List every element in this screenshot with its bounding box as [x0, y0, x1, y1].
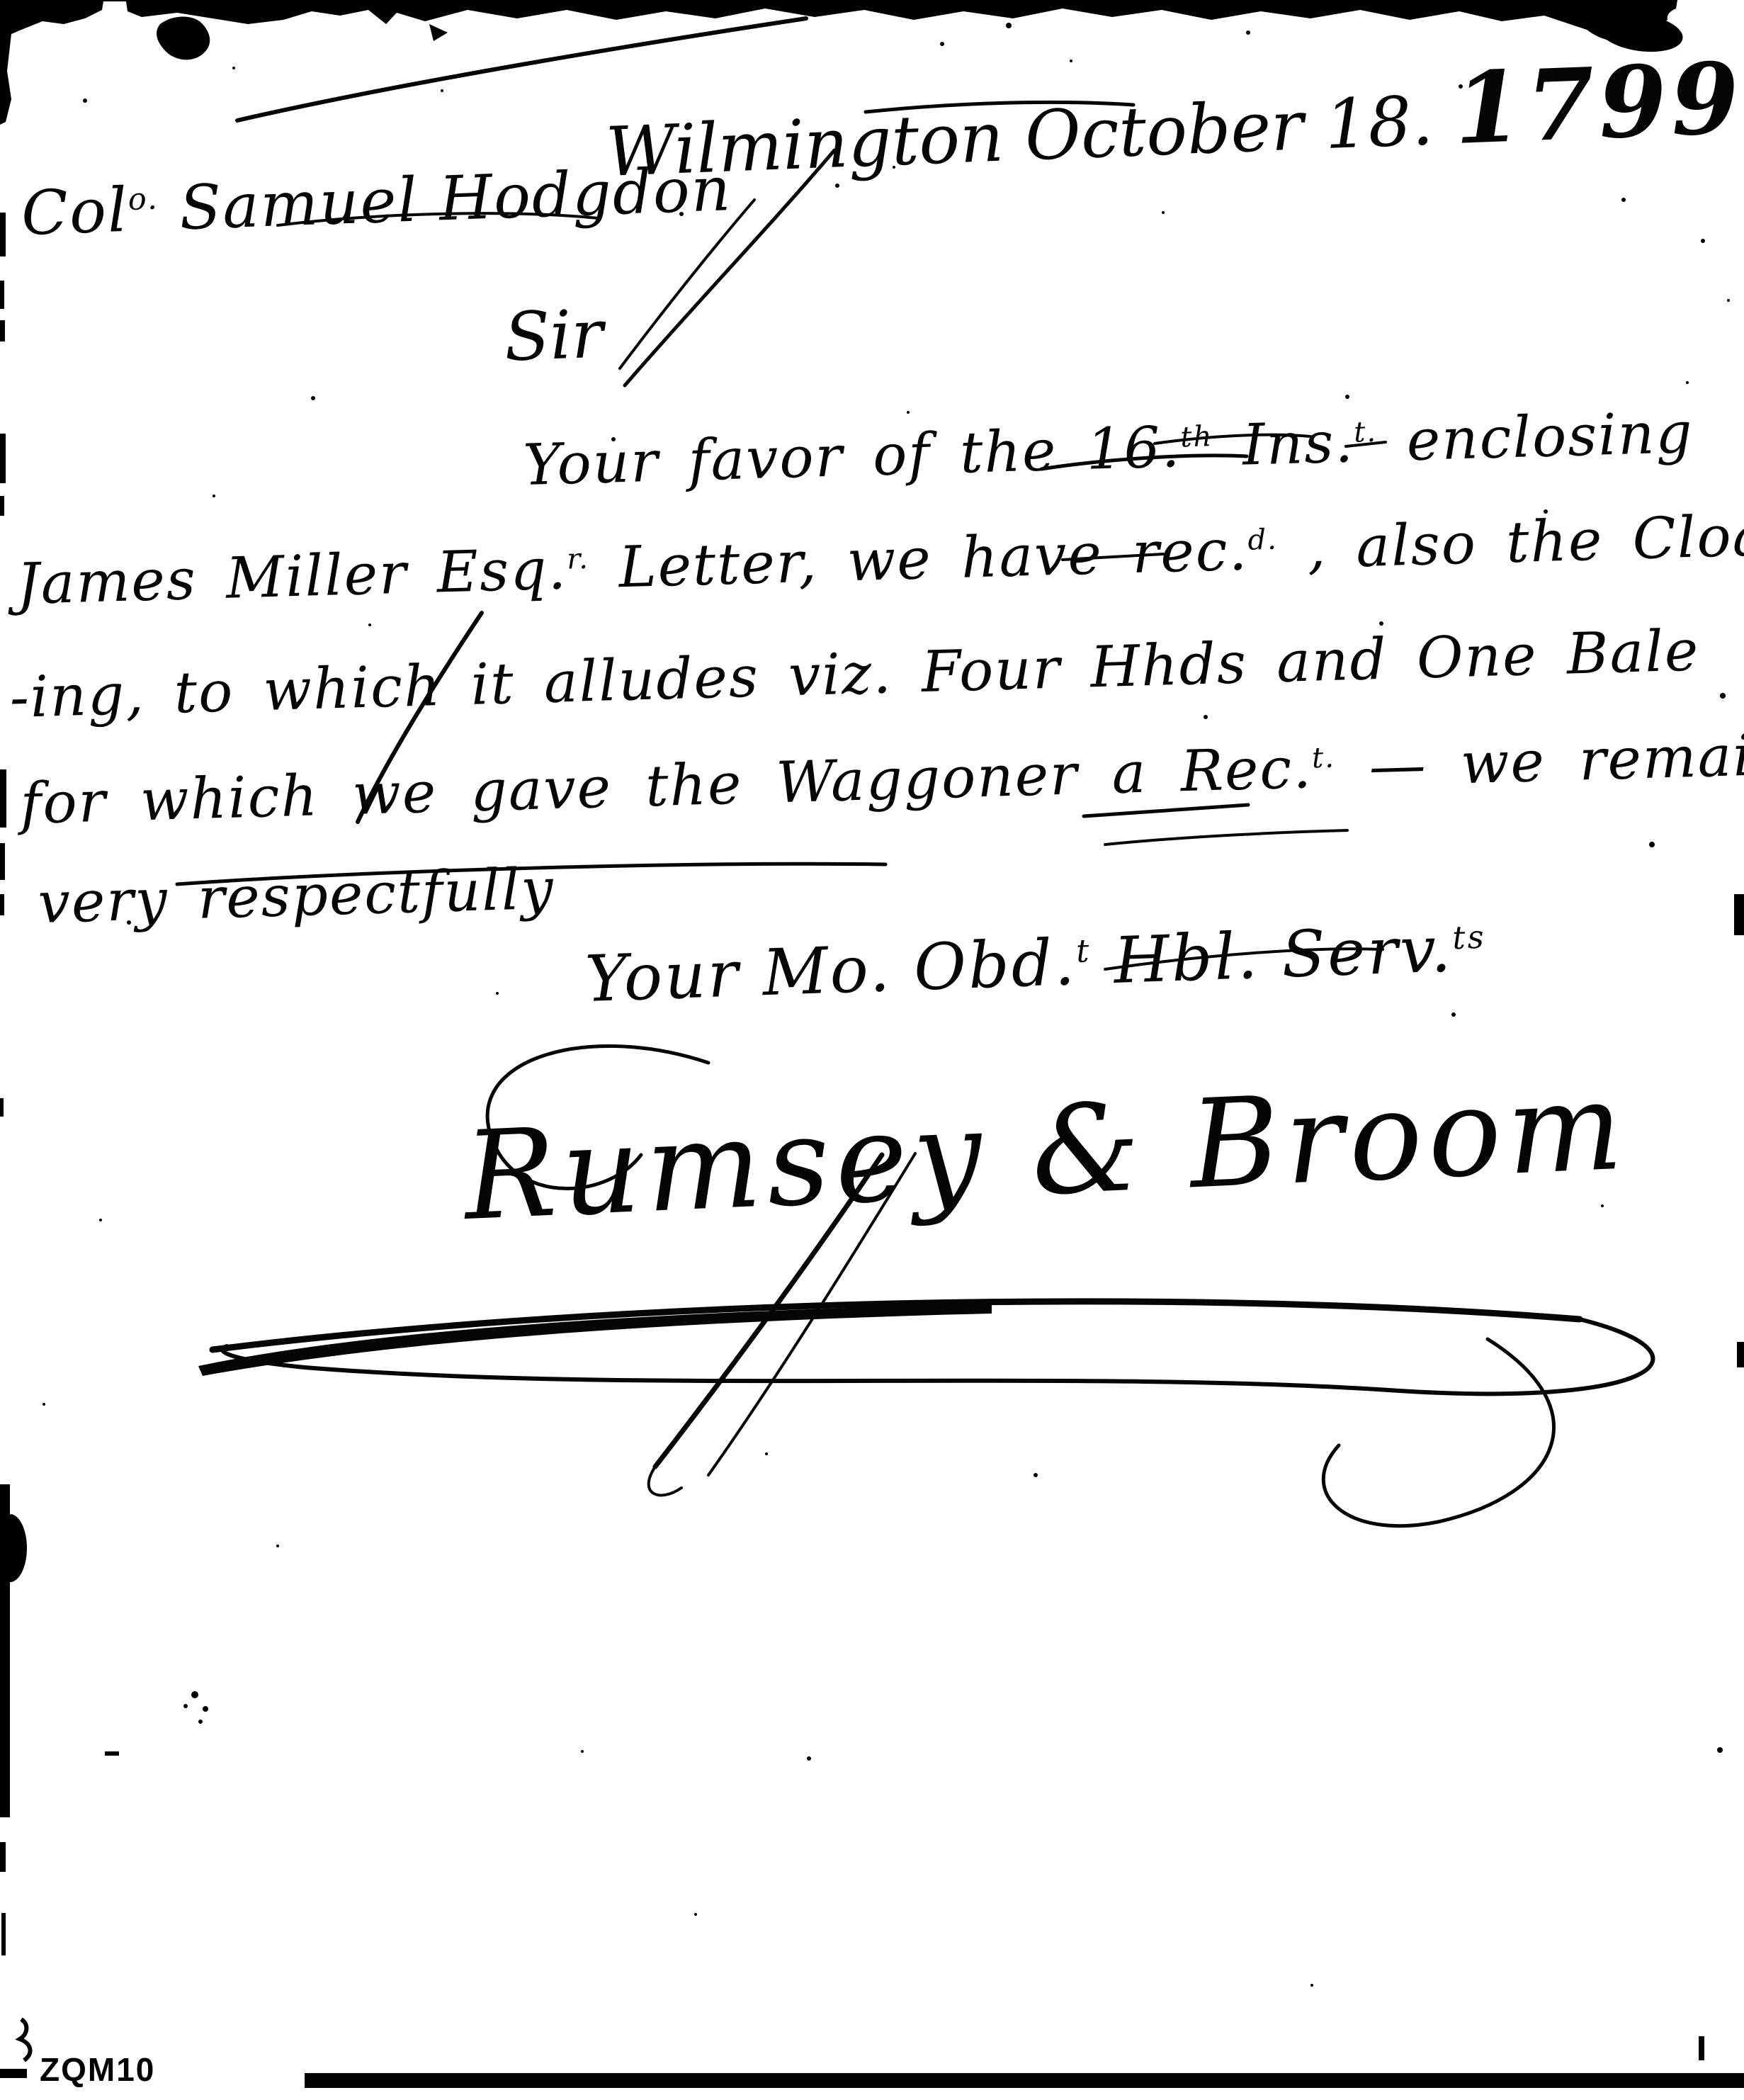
superscript-th: th [1180, 420, 1213, 453]
signature-return-loop [222, 1319, 1653, 1394]
rect-dash-2 [1105, 830, 1347, 845]
superscript-r: r. [567, 543, 590, 576]
rect-dash-1 [1084, 805, 1248, 816]
right-edge-artifacts [1701, 239, 1744, 1753]
recipient-title-superscript: o. [128, 181, 159, 218]
small-arrow-speck [429, 24, 448, 41]
superscript-t2: t. [1311, 742, 1335, 775]
recipient-title: Col [21, 175, 130, 249]
body-line-3: -ing, to which it alludes viz. Four Hhds… [9, 617, 1700, 730]
salutation: Sir [503, 296, 604, 377]
smudge-artifacts [105, 1691, 208, 1756]
archive-code-label: ZQM10 [40, 2050, 155, 2089]
dateline: Wilmington October 18. 1799. [604, 38, 1744, 199]
footer-bar-artifact [305, 2073, 1744, 2088]
closing-line: Your Mo. Obd.t Hbl. Serv.ts [584, 911, 1488, 1017]
top-blob-artifact [157, 17, 210, 60]
left-edge-artifacts [0, 213, 27, 1955]
letter-page: Wilmington October 18. 1799. Colo. Samue… [0, 0, 1744, 2100]
recipient-name: Samuel Hodgdon [157, 154, 732, 244]
dateline-year: 1799. [1452, 38, 1744, 166]
body-line-2: James Miller Esq.r. Letter, we have rec.… [16, 500, 1744, 617]
superscript-d: d. [1247, 524, 1279, 557]
corner-squiggle-artifact [20, 2019, 30, 2060]
signature-bottom-hook [649, 1467, 681, 1495]
signature-right-loop [1323, 1339, 1553, 1526]
superscript-t3: t [1075, 932, 1092, 970]
footer-dash-artifact [0, 2069, 27, 2078]
superscript-ts: ts [1451, 918, 1486, 957]
superscript-t: t. [1354, 416, 1378, 449]
signature: Rumsey & Broom [461, 1054, 1631, 1248]
dateline-date: October 18. [1024, 80, 1456, 176]
body-line-4: for which we gave the Waggoner a Rec.t. … [19, 721, 1744, 837]
body-line-5: very respectfully [37, 856, 555, 936]
footer-tick-artifact [1699, 2036, 1704, 2060]
signature-underline-wedge [198, 1304, 992, 1376]
scan-artifacts [0, 0, 1744, 2100]
recipient-line: Colo. Samuel Hodgdon [21, 154, 733, 249]
body-line-1: Your favor of the 16.th Ins.t. enclosing [522, 400, 1694, 498]
signature-underline-sweep [213, 1302, 1580, 1350]
